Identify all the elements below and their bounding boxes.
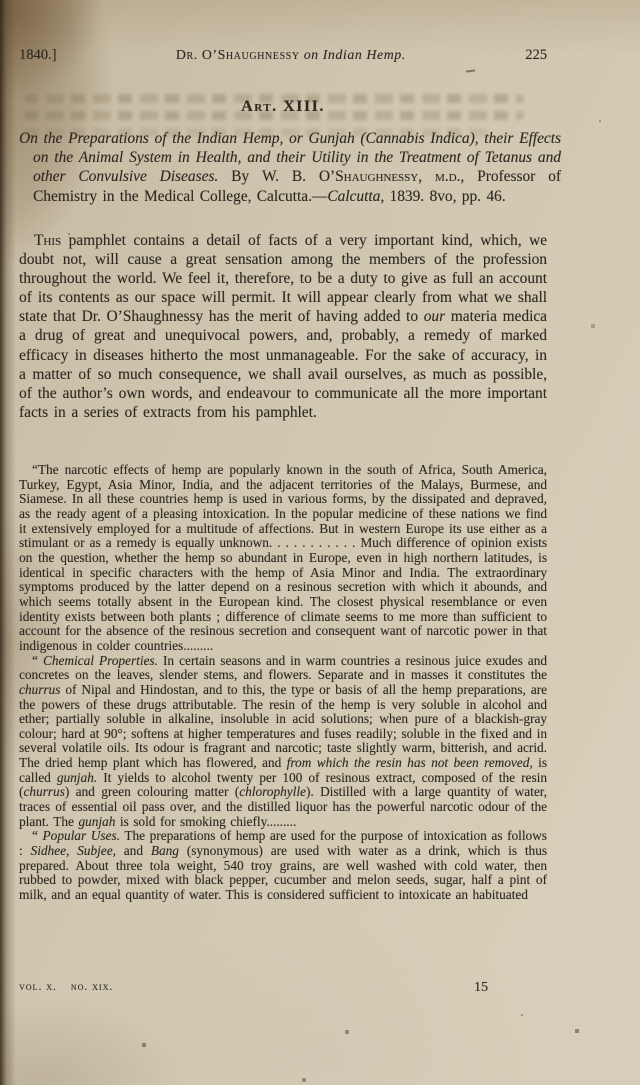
footer-signature-number: 15: [474, 980, 488, 996]
page-header: 1840.] Dr. O’Shaughnessy on Indian Hemp.…: [19, 47, 547, 64]
page-footer: vol. x.no. xix. 15: [19, 980, 547, 996]
footer-volume-issue: vol. x.no. xix.: [19, 981, 127, 993]
footer-volume-label: vol. x.: [19, 981, 57, 993]
binding-shadow: [0, 0, 16, 1085]
running-title: Dr. O’Shaughnessy on Indian Hemp.: [56, 47, 525, 63]
header-page-number: 225: [525, 47, 547, 64]
scanned-book-page: 1840.] Dr. O’Shaughnessy on Indian Hemp.…: [0, 0, 640, 1085]
stray-ink-mark: [466, 69, 475, 72]
footer-issue-label: no. xix.: [71, 981, 113, 993]
title-citation: On the Preparations of the Indian Hemp, …: [19, 129, 561, 206]
intro-paragraph: This pamphlet contains a detail of facts…: [19, 231, 547, 422]
header-year: 1840.]: [19, 47, 56, 64]
extract-paragraph-popular-uses: “ Popular Uses. The preparations of hemp…: [19, 829, 547, 902]
extract-paragraph-chemical-properties: “ Chemical Properties. In certain season…: [19, 654, 547, 830]
paper-specks: [0, 0, 2, 2]
extract-paragraph-narcotic-effects: “The narcotic effects of hemp are popula…: [19, 463, 547, 654]
extract-paragraphs: “The narcotic effects of hemp are popula…: [19, 463, 547, 903]
article-heading: Art. XIII.: [19, 98, 547, 116]
